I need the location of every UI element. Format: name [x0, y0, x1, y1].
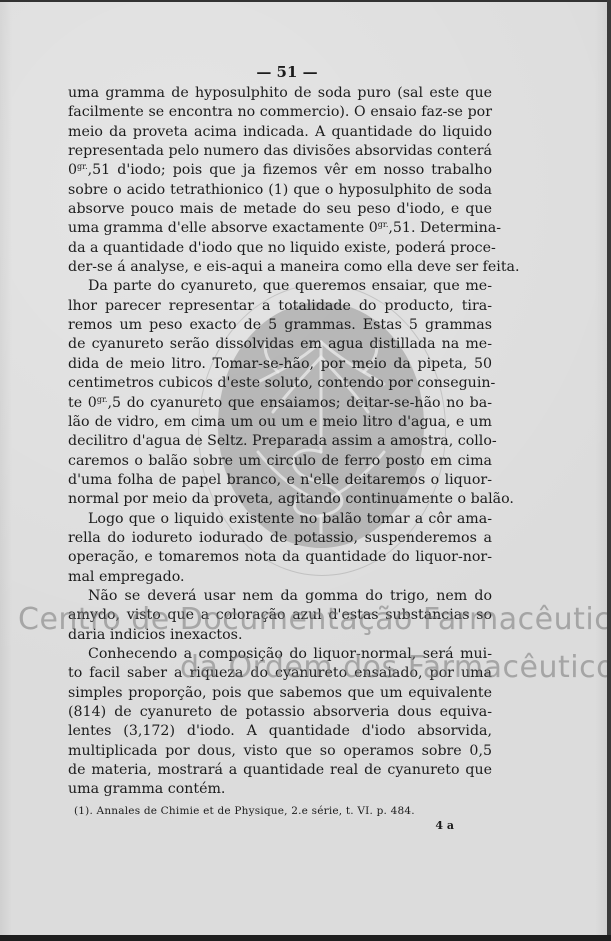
text-line: decilitro d'agua de Seltz. Preparada ass…: [68, 432, 492, 451]
text-fragment: operação, e tomaremos nota da quantidade…: [68, 549, 492, 565]
text-fragment: ,51 d'iodo; pois que ja fizemos vêr em n…: [88, 162, 492, 178]
text-fragment: uma gramma d'elle absorve exactamente 0: [68, 220, 378, 236]
text-line: 0gr.,51 d'iodo; pois que ja fizemos vêr …: [68, 161, 492, 180]
text-line: facilmente se encontra no commercio). O …: [68, 103, 492, 122]
text-fragment: de materia, mostrará a quantidade real d…: [68, 762, 492, 778]
printer-signature-mark: 4 a: [68, 820, 492, 832]
text-line: operação, e tomaremos nota da quantidade…: [68, 548, 492, 567]
text-fragment: (814) de cyanureto de potassio absorveri…: [68, 704, 492, 720]
text-line: der-se á analyse, e eis-aqui a maneira c…: [68, 258, 492, 277]
text-fragment: 0: [68, 162, 77, 178]
text-fragment: remos um peso exacto de 5 grammas. Estas…: [68, 317, 492, 333]
text-fragment: lão de vidro, em cima um ou um e meio li…: [68, 414, 492, 430]
text-line: uma gramma de hyposulphito de soda puro …: [68, 84, 492, 103]
book-page: — 51 — uma gramma de hyposulphito de sod…: [0, 2, 607, 935]
text-fragment: d'uma folha de papel branco, e n'elle de…: [68, 472, 492, 488]
text-line: uma gramma contém.: [68, 780, 492, 799]
text-fragment: caremos o balão sobre um circulo de ferr…: [68, 453, 492, 469]
watermark-line-2: da Ordem dos Farmacêuticos: [180, 650, 607, 685]
text-line: lentes (3,172) d'iodo. A quantidade d'io…: [68, 722, 492, 741]
text-fragment: centimetros cubicos d'este soluto, conte…: [68, 375, 495, 391]
text-line: da a quantidade d'iodo que no liquido ex…: [68, 239, 492, 258]
footnote: (1). Annales de Chimie et de Physique, 2…: [68, 802, 492, 820]
text-line: mal empregado.: [68, 568, 492, 587]
unit-superscript: gr.: [378, 220, 389, 229]
text-line: sobre o acido tetrathionico (1) que o hy…: [68, 181, 492, 200]
text-fragment: normal por meio da proveta, agitando con…: [68, 491, 514, 507]
text-fragment: simples proporção, pois que sabemos que …: [68, 685, 492, 701]
text-line: d'uma folha de papel branco, e n'elle de…: [68, 471, 492, 490]
text-fragment: uma gramma de hyposulphito de soda puro …: [68, 85, 492, 101]
scan-edge-bottom: [0, 935, 611, 941]
page-number: — 51 —: [82, 60, 492, 84]
unit-superscript: gr.: [97, 395, 108, 404]
text-line: multiplicada por dous, visto que so oper…: [68, 742, 492, 761]
text-line: rella do iodureto iodurado de potassio, …: [68, 529, 492, 548]
text-fragment: de cyanureto serão dissolvidas em agua d…: [68, 336, 492, 352]
text-line: Da parte do cyanureto, que queremos ensa…: [68, 277, 492, 296]
text-line: lhor parecer representar a totalidade do…: [68, 297, 492, 316]
text-fragment: der-se á analyse, e eis-aqui a maneira c…: [68, 259, 520, 275]
text-line: remos um peso exacto de 5 grammas. Estas…: [68, 316, 492, 335]
scan-edge-right: [607, 0, 611, 941]
text-fragment: ,51. Determina-: [388, 220, 501, 236]
text-fragment: mal empregado.: [68, 569, 185, 585]
text-line: centimetros cubicos d'este soluto, conte…: [68, 374, 492, 393]
watermark-line-1: Centro de Documentação Farmacêutica: [18, 602, 607, 637]
text-line: lão de vidro, em cima um ou um e meio li…: [68, 413, 492, 432]
text-fragment: multiplicada por dous, visto que so oper…: [68, 743, 492, 759]
text-fragment: te 0: [68, 395, 97, 411]
text-line: simples proporção, pois que sabemos que …: [68, 684, 492, 703]
text-fragment: absorve pouco mais de metade do seu peso…: [68, 201, 492, 217]
text-line: (814) de cyanureto de potassio absorveri…: [68, 703, 492, 722]
text-fragment: uma gramma contém.: [68, 781, 225, 797]
text-line: de cyanureto serão dissolvidas em agua d…: [68, 335, 492, 354]
text-fragment: facilmente se encontra no commercio). O …: [68, 104, 492, 120]
text-fragment: rella do iodureto iodurado de potassio, …: [68, 530, 492, 546]
text-fragment: decilitro d'agua de Seltz. Preparada ass…: [68, 433, 497, 449]
unit-superscript: gr.: [77, 162, 88, 171]
text-line: Logo que o liquido existente no balão to…: [68, 510, 492, 529]
text-line: representada pelo numero das divisões ab…: [68, 142, 492, 161]
text-fragment: ,5 do cyanureto que ensaiamos; deitar-se…: [107, 395, 492, 411]
text-fragment: Da parte do cyanureto, que queremos ensa…: [88, 278, 492, 294]
text-fragment: representada pelo numero das divisões ab…: [68, 143, 492, 159]
text-line: uma gramma d'elle absorve exactamente 0g…: [68, 219, 492, 238]
text-line: caremos o balão sobre um circulo de ferr…: [68, 452, 492, 471]
body-text: uma gramma de hyposulphito de soda puro …: [68, 84, 492, 800]
text-line: dida de meio litro. Tomar-se-hão, por me…: [68, 355, 492, 374]
text-line: normal por meio da proveta, agitando con…: [68, 490, 492, 509]
text-line: de materia, mostrará a quantidade real d…: [68, 761, 492, 780]
text-fragment: Logo que o liquido existente no balão to…: [88, 511, 492, 527]
text-fragment: sobre o acido tetrathionico (1) que o hy…: [68, 182, 492, 198]
text-fragment: meio da proveta acima indicada. A quanti…: [68, 124, 492, 140]
text-line: te 0gr.,5 do cyanureto que ensaiamos; de…: [68, 394, 492, 413]
text-fragment: lentes (3,172) d'iodo. A quantidade d'io…: [68, 723, 492, 739]
page-content: — 51 — uma gramma de hyposulphito de sod…: [68, 60, 492, 832]
text-fragment: dida de meio litro. Tomar-se-hão, por me…: [68, 356, 492, 372]
text-fragment: lhor parecer representar a totalidade do…: [68, 298, 492, 314]
text-line: absorve pouco mais de metade do seu peso…: [68, 200, 492, 219]
text-line: meio da proveta acima indicada. A quanti…: [68, 123, 492, 142]
text-fragment: da a quantidade d'iodo que no liquido ex…: [68, 240, 496, 256]
